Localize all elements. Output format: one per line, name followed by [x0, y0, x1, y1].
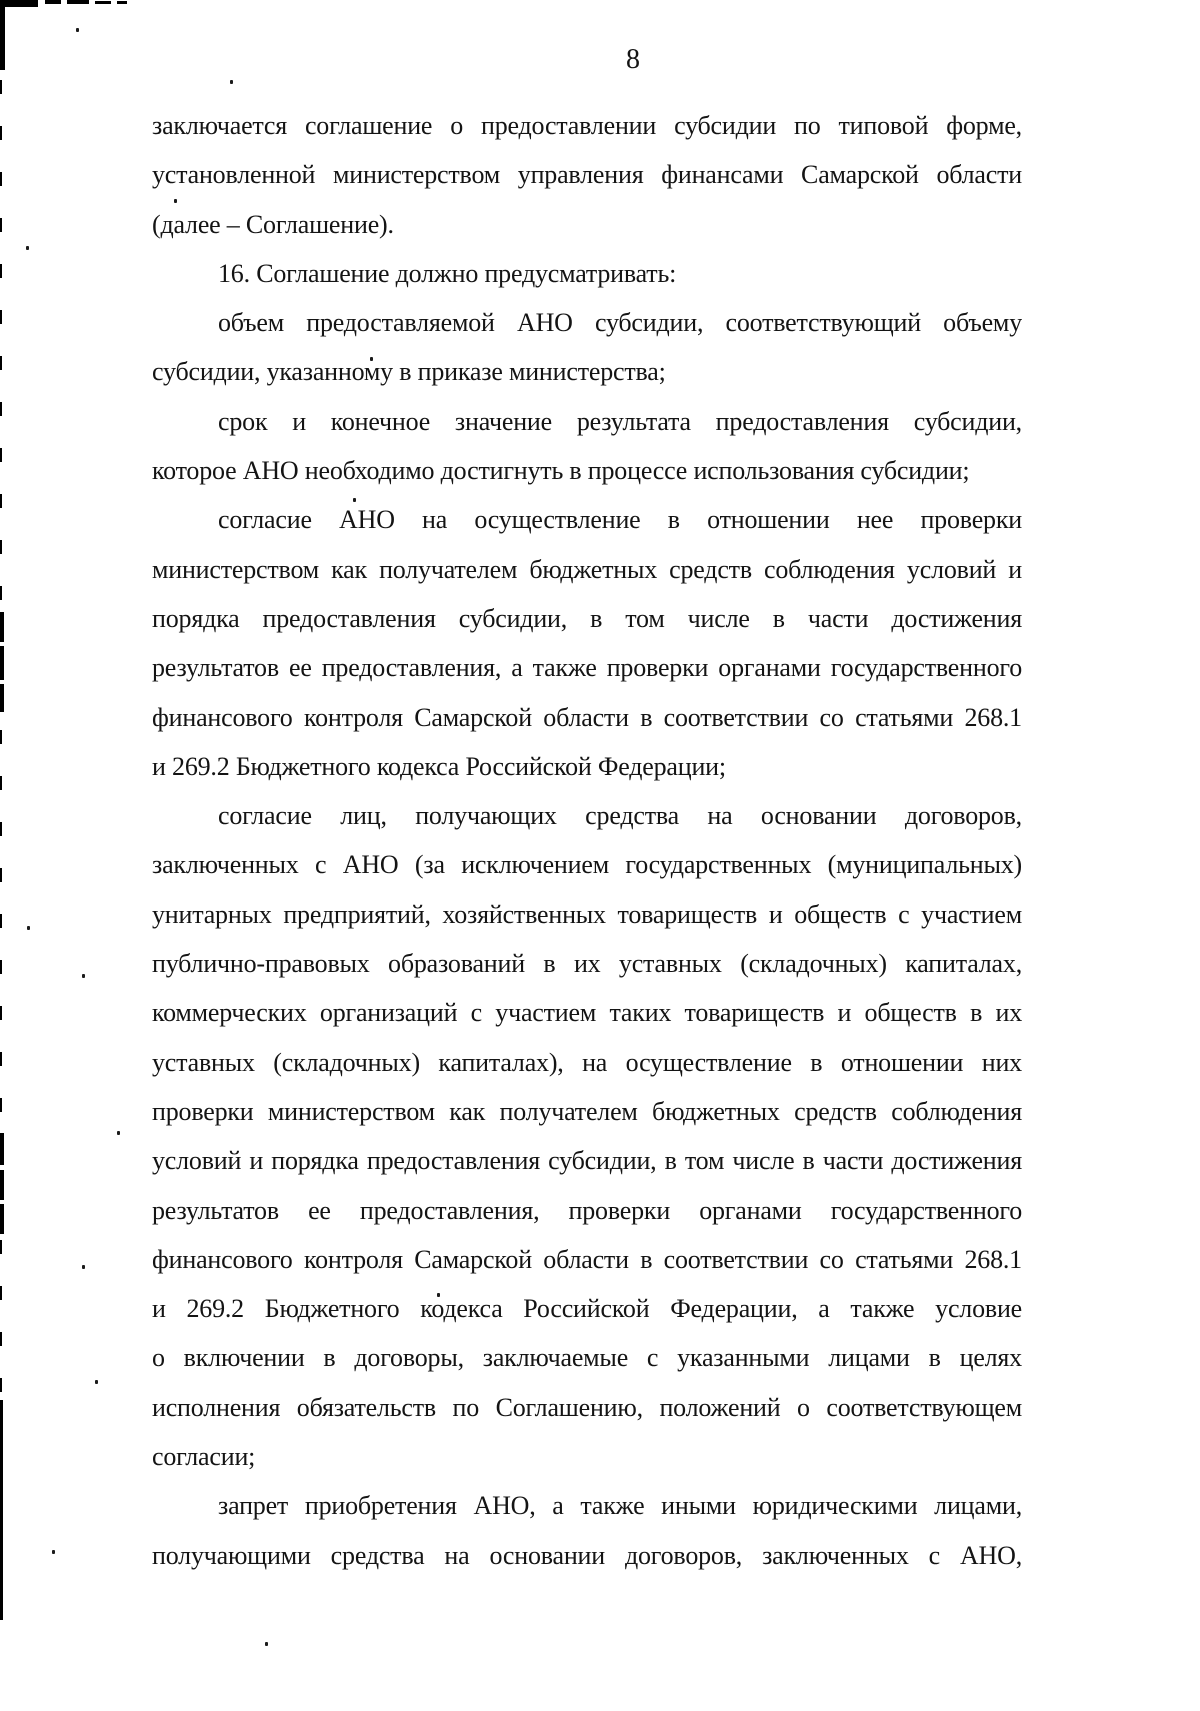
scan-edge-left-bar: [0, 1400, 3, 1620]
text-line: (далее – Соглашение).: [152, 200, 1022, 249]
scan-edge-top-dash: [67, 0, 89, 4]
text-line: срок и конечное значение результата пред…: [152, 397, 1022, 446]
paragraph-3: объем предоставляемой АНО субсидии, соот…: [152, 298, 1022, 397]
text-line: исполнения обязательств по Соглашению, п…: [152, 1383, 1022, 1432]
text-line: уставных (складочных) капиталах), на осу…: [152, 1038, 1022, 1087]
scan-edge-left-chunk: [0, 684, 4, 712]
scan-edge-left-dashes: [0, 1240, 2, 1400]
paragraph-4: срок и конечное значение результата пред…: [152, 397, 1022, 496]
text-line: результатов ее предоставления, а также п…: [152, 643, 1022, 692]
scan-edge-left-dashes: [0, 730, 2, 1130]
paragraph-5: согласие АНО на осуществление в отношени…: [152, 495, 1022, 791]
scan-edge-top-bar: [0, 0, 38, 7]
text-line: унитарных предприятий, хозяйственных тов…: [152, 890, 1022, 939]
scan-edge-top-dash: [95, 1, 111, 4]
scan-edge-left-chunk: [0, 1170, 4, 1200]
text-line: и 269.2 Бюджетного кодекса Российской Фе…: [152, 742, 1022, 791]
text-line: которое АНО необходимо достигнуть в проц…: [152, 446, 1022, 495]
text-line: 16. Соглашение должно предусматривать:: [152, 249, 1022, 298]
scan-edge-top-dash: [45, 0, 61, 4]
scan-edge-top-dash: [117, 1, 127, 4]
text-line: запрет приобретения АНО, а также иными ю…: [152, 1481, 1022, 1530]
text-line: проверки министерством как получателем б…: [152, 1087, 1022, 1136]
paragraph-6: согласие лиц, получающих средства на осн…: [152, 791, 1022, 1481]
text-line: согласие АНО на осуществление в отношени…: [152, 495, 1022, 544]
text-line: результатов ее предоставления, проверки …: [152, 1186, 1022, 1235]
text-line: объем предоставляемой АНО субсидии, соот…: [152, 298, 1022, 347]
text-line: о включении в договоры, заключаемые с ук…: [152, 1333, 1022, 1382]
text-line: установленной министерством управления ф…: [152, 150, 1022, 199]
paragraph-7: запрет приобретения АНО, а также иными ю…: [152, 1481, 1022, 1580]
scan-speck: [26, 246, 29, 250]
scan-speck: [76, 28, 79, 32]
text-line: министерством как получателем бюджетных …: [152, 545, 1022, 594]
text-line: получающими средства на основании догово…: [152, 1531, 1022, 1580]
text-line: порядка предоставления субсидии, в том ч…: [152, 594, 1022, 643]
scan-edge-left-chunk: [0, 1133, 4, 1165]
text-line: и 269.2 Бюджетного кодекса Российской Фе…: [152, 1284, 1022, 1333]
scan-edge-left-chunk: [0, 1204, 4, 1234]
text-line: заключается соглашение о предоставлении …: [152, 101, 1022, 150]
scan-edge-left-chunk: [0, 612, 4, 642]
scan-speck: [52, 1550, 55, 1554]
scan-speck: [265, 1642, 268, 1646]
text-line: финансового контроля Самарской области в…: [152, 1235, 1022, 1284]
scan-speck: [95, 1380, 98, 1384]
scan-edge-left-dashes: [0, 80, 2, 610]
paragraph-1: заключается соглашение о предоставлении …: [152, 101, 1022, 249]
scan-speck: [230, 80, 233, 84]
scan-speck: [82, 1265, 85, 1269]
text-line: субсидии, указанному в приказе министерс…: [152, 347, 1022, 396]
document-body: заключается соглашение о предоставлении …: [152, 101, 1022, 1580]
scan-edge-left-chunk: [0, 646, 4, 680]
page-number: 8: [626, 44, 640, 76]
text-line: финансового контроля Самарской области в…: [152, 693, 1022, 742]
paragraph-2: 16. Соглашение должно предусматривать:: [152, 249, 1022, 298]
scan-speck: [27, 926, 30, 930]
text-line: условий и порядка предоставления субсиди…: [152, 1136, 1022, 1185]
text-line: согласии;: [152, 1432, 1022, 1481]
scan-edge-left-bar: [0, 0, 5, 70]
scan-speck: [117, 1131, 120, 1135]
text-line: согласие лиц, получающих средства на осн…: [152, 791, 1022, 840]
text-line: коммерческих организаций с участием таки…: [152, 988, 1022, 1037]
scan-speck: [82, 974, 85, 978]
text-line: публично-правовых образований в их устав…: [152, 939, 1022, 988]
text-line: заключенных с АНО (за исключением госуда…: [152, 840, 1022, 889]
document-page: 8 заключается соглашение о предоставлени…: [0, 0, 1200, 1711]
